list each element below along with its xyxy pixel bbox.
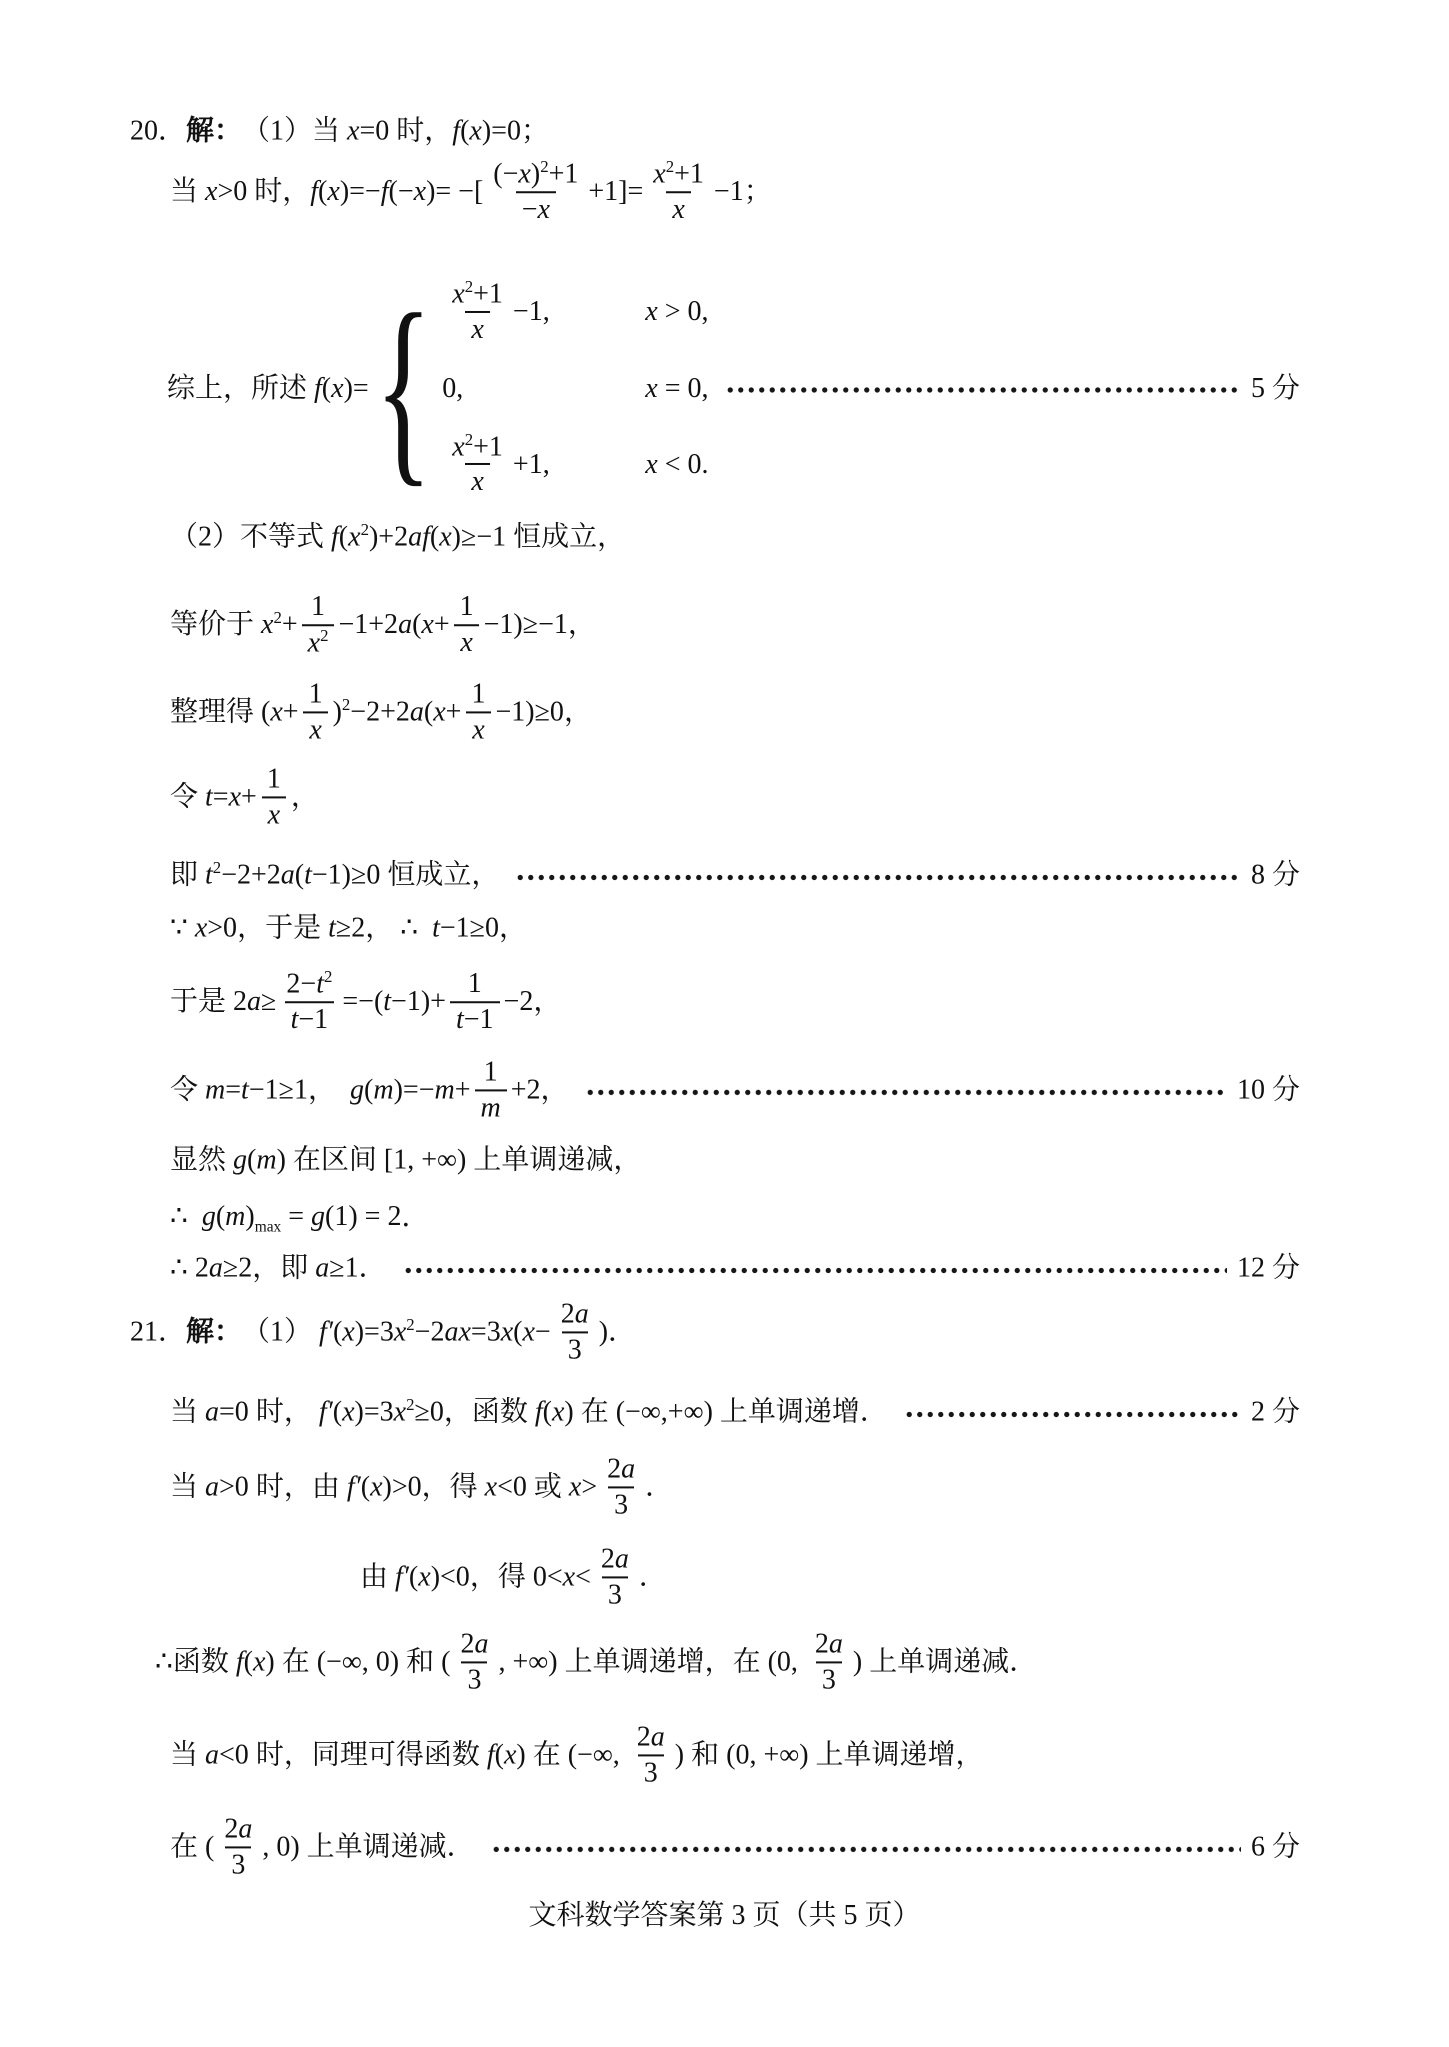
text-run: 显然 <box>170 1143 233 1178</box>
text-run: 当 <box>170 174 205 209</box>
math-run: +1, <box>513 447 550 482</box>
text-run: 由 <box>360 1560 395 1595</box>
fraction-numerator: 2a <box>809 1627 849 1661</box>
cases-row: x2+1x+1,x < 0. <box>442 430 708 500</box>
case-expression: x2+1x−1, <box>442 277 617 347</box>
fraction-denominator: t−1 <box>285 1001 335 1037</box>
score-label: 6 分 <box>1251 1830 1300 1865</box>
case-condition: x < 0. <box>645 447 708 482</box>
solution-line-17: 当 a>0 时，由 f′(x)>0，得 x<0 或 x>2a3． <box>170 1452 673 1521</box>
fraction: 2a3 <box>454 1627 494 1696</box>
math-run: ) <box>675 1738 684 1773</box>
solution-line-12: 显然 g(m) 在区间 [1, +∞) 上单调递减， <box>170 1143 641 1178</box>
solution-line-14: ∴ 2a≥2，即 a≥1．12 分 <box>170 1251 1300 1286</box>
fraction: 2a3 <box>595 1542 635 1611</box>
text-run: 在 <box>574 1395 616 1430</box>
text-run: 在区间 <box>286 1143 384 1178</box>
math-run: (0, +∞) <box>726 1738 808 1773</box>
math-run: t=x+ <box>205 780 257 815</box>
solution-line-3: 综上，所述 f(x)={x2+1x−1,x > 0,0,x = 0,x2+1x+… <box>167 277 1300 499</box>
solution-line-20: 当 a<0 时，同理可得函数 f(x) 在 (−∞, 2a3) 和 (0, +∞… <box>170 1720 984 1789</box>
text-run: 整理得 <box>170 695 261 730</box>
superscript: 2 <box>213 858 221 877</box>
fraction-numerator: x2+1 <box>446 430 509 464</box>
math-run: a<0 <box>205 1738 249 1773</box>
text-run: （2）不等式 <box>170 520 331 555</box>
fraction-numerator: 2a <box>595 1542 635 1576</box>
solution-line-19: ∴函数 f(x) 在 (−∞, 0) 和 (2a3, +∞) 上单调递增，在 (… <box>155 1627 1037 1696</box>
math-run: )2−2+2a(x+ <box>333 695 462 730</box>
text-run: 当 <box>170 1395 205 1430</box>
solution-line-5: 等价于 x2+1x2−1+2a(x+1x−1)≥−1， <box>170 590 596 660</box>
math-run: (−∞,+∞) <box>616 1395 713 1430</box>
fraction: 2a3 <box>601 1452 641 1521</box>
score-label: 8 分 <box>1251 858 1300 893</box>
fraction-numerator: 1 <box>478 1055 504 1089</box>
text-run: 上单调递减． <box>300 1830 475 1865</box>
math-run: f′(x)=3x2−2ax=3x(x− <box>319 1315 551 1350</box>
fraction-denominator: t−1 <box>450 1001 500 1037</box>
fraction-numerator: 1 <box>261 762 287 796</box>
math-run: ∴ 2a≥2 <box>170 1251 252 1286</box>
solution-line-9: ∵ x>0，于是 t≥2， ∴ t−1≥0， <box>170 911 527 946</box>
text-run: 等价于 <box>170 607 261 642</box>
math-run: f(x2)+2af(x)≥−1 <box>331 520 506 555</box>
fraction: 2a3 <box>809 1627 849 1696</box>
fraction-denominator: m <box>475 1089 507 1125</box>
piecewise-cases: {x2+1x−1,x > 0,0,x = 0,x2+1x+1,x < 0. <box>375 277 709 499</box>
math-run: f(x) <box>535 1395 574 1430</box>
math-run: ) <box>599 1315 608 1350</box>
solution-line-7: 令 t=x+1x， <box>170 762 319 831</box>
dotted-leader <box>904 1410 1241 1418</box>
fraction-numerator: 2−t2 <box>280 967 338 1001</box>
fraction-denominator: 3 <box>602 1576 628 1612</box>
math-run: x>0 <box>205 174 247 209</box>
math-run: x> <box>569 1470 597 1505</box>
math-run: +2 <box>511 1073 541 1108</box>
text-run: ， <box>499 911 527 946</box>
fraction-numerator: 2a <box>555 1297 595 1331</box>
fraction-denominator: 3 <box>816 1661 842 1697</box>
math-run: 0, <box>442 371 463 406</box>
text-run: ． <box>639 1560 667 1595</box>
score-label: 12 分 <box>1237 1251 1300 1286</box>
fraction-numerator: 2a <box>454 1627 494 1661</box>
text-run: 和 <box>399 1645 441 1680</box>
text-run: ， <box>308 1073 350 1108</box>
fraction-denominator: x <box>303 711 327 747</box>
superscript: 2 <box>406 1395 414 1414</box>
math-run: −1 <box>714 174 744 209</box>
text-run: 上单调递增， <box>809 1738 984 1773</box>
text-run: ， <box>533 984 561 1019</box>
text-run: 上单调递减， <box>466 1143 641 1178</box>
text-run: ，于是 <box>237 911 328 946</box>
math-run: m=t−1≥1 <box>205 1073 308 1108</box>
case-condition: x = 0, <box>645 371 708 406</box>
text-run: ， <box>564 695 592 730</box>
fraction-denominator: 3 <box>562 1331 588 1367</box>
solution-line-4: （2）不等式 f(x2)+2af(x)≥−1 恒成立， <box>170 520 625 555</box>
math-run: ( <box>205 1830 214 1865</box>
fraction-denominator: 3 <box>225 1846 251 1882</box>
math-run: −1)≥0 <box>495 695 563 730</box>
text-run: ，即 <box>252 1251 315 1286</box>
math-run: ∵ x>0 <box>170 911 237 946</box>
cases-row: 0,x = 0, <box>442 371 708 406</box>
math-run: −1, <box>513 294 550 329</box>
solution-line-11: 令 m=t−1≥1， g(m)=−m+1m+2，10 分 <box>170 1055 1300 1124</box>
dotted-leader <box>491 1845 1241 1853</box>
fraction-numerator: 2a <box>601 1452 641 1486</box>
text-run: ． <box>401 1201 429 1236</box>
text-run: 令 <box>170 1073 205 1108</box>
math-run: ∴ g(m)max = g(1) = 2 <box>170 1199 401 1237</box>
score-label: 2 分 <box>1251 1395 1300 1430</box>
superscript: 2 <box>342 695 350 714</box>
math-run: f(x)= <box>314 371 369 406</box>
text-run: 时， <box>247 174 310 209</box>
cases-row: x2+1x−1,x > 0, <box>442 277 708 347</box>
fraction: 2a3 <box>218 1812 258 1881</box>
superscript: 2 <box>540 157 548 176</box>
fraction: (−x)2+1−x <box>487 157 584 227</box>
fraction-numerator: (−x)2+1 <box>487 157 584 191</box>
math-run: −2 <box>504 984 534 1019</box>
text-run: 综上，所述 <box>167 371 314 406</box>
text-run: 即 <box>170 858 205 893</box>
math-run: (−∞, 0) <box>317 1645 399 1680</box>
left-brace-icon: { <box>375 283 433 493</box>
text-run: ，函数 <box>444 1395 535 1430</box>
math-run: 2a≥ <box>233 984 276 1019</box>
math-run: +1]= <box>588 174 643 209</box>
math-run: f(x) <box>236 1645 275 1680</box>
text-run: 解： <box>186 114 242 149</box>
math-run: x=0 <box>347 114 389 149</box>
text-run: （1） <box>242 1315 319 1350</box>
math-run: x<0 <box>485 1470 527 1505</box>
math-run: f(x) <box>487 1738 526 1773</box>
fraction-numerator: x2+1 <box>446 277 509 311</box>
math-run: x2+ <box>261 607 298 642</box>
math-run: f(x)=−f(−x)= −[ <box>310 174 483 209</box>
math-run: , 0) <box>262 1830 299 1865</box>
text-run: （1）当 <box>242 114 347 149</box>
text-run: ． <box>645 1470 673 1505</box>
text-run: 在 <box>526 1738 568 1773</box>
math-run: , +∞) <box>498 1645 557 1680</box>
fraction: 2−t2t−1 <box>280 967 338 1037</box>
fraction-denominator: x <box>465 463 489 499</box>
math-run: f′(x)>0 <box>347 1470 422 1505</box>
text-run: ． <box>608 1315 636 1350</box>
fraction-denominator: x <box>454 624 478 660</box>
fraction-numerator: 1 <box>462 967 488 1001</box>
fraction-denominator: x <box>465 311 489 347</box>
text-run: 当 <box>170 1738 205 1773</box>
answer-sheet-page: 20．解：（1）当 x=0 时，f(x)=0；当 x>0 时，f(x)=−f(−… <box>0 0 1449 2047</box>
text-run: 在 <box>275 1645 317 1680</box>
math-run: (−∞, <box>568 1738 627 1773</box>
math-run: t2−2+2a(t−1)≥0 <box>205 858 380 893</box>
text-run: 时，同理可得函数 <box>249 1738 487 1773</box>
text-run: ，得 <box>422 1470 485 1505</box>
text-run: ， <box>365 911 400 946</box>
case-condition: x > 0, <box>645 294 708 329</box>
fraction: 1t−1 <box>450 967 500 1036</box>
fraction-denominator: x <box>466 711 490 747</box>
text-run: 上单调递增，在 <box>558 1645 768 1680</box>
text-run: ， <box>291 780 319 815</box>
text-run: 当 <box>170 1470 205 1505</box>
fraction-denominator: x <box>666 191 690 227</box>
math-run: x > 0, <box>645 294 708 329</box>
math-run: ∴ t−1≥0 <box>400 911 499 946</box>
subscript: max <box>255 1219 282 1236</box>
fraction: x2+1x <box>446 277 509 347</box>
text-run: ． <box>359 1251 387 1286</box>
math-run: a=0 <box>205 1395 249 1430</box>
solution-line-6: 整理得 (x+1x)2−2+2a(x+1x−1)≥0， <box>170 677 592 746</box>
fraction-numerator: 2a <box>631 1720 671 1754</box>
text-run: ，得 <box>470 1560 533 1595</box>
superscript: 2 <box>273 608 281 627</box>
fraction-numerator: 1 <box>303 677 329 711</box>
text-run: 上单调递增． <box>713 1395 888 1430</box>
text-run: 解： <box>186 1315 242 1350</box>
math-run: g(m)=−m+ <box>350 1073 471 1108</box>
dotted-leader <box>725 386 1241 394</box>
text-run: 时， <box>389 114 452 149</box>
fraction-numerator: x2+1 <box>647 157 710 191</box>
text-run: ； <box>521 114 549 149</box>
math-run: ( <box>441 1645 450 1680</box>
math-run: f′(x)=3x2≥0 <box>319 1395 444 1430</box>
solution-line-15: 21．解：（1） f′(x)=3x2−2ax=3x(x−2a3)． <box>130 1297 636 1366</box>
fraction: 1x2 <box>302 590 335 660</box>
math-run: ) <box>853 1645 862 1680</box>
math-run: 0<x< <box>533 1560 591 1595</box>
text-run: 上单调递减． <box>862 1645 1037 1680</box>
math-run: x < 0. <box>645 447 708 482</box>
text-run: ， <box>541 1073 569 1108</box>
solution-line-8: 即 t2−2+2a(t−1)≥0 恒成立，8 分 <box>170 858 1300 893</box>
math-run: t≥2 <box>328 911 365 946</box>
math-run: g(m) <box>233 1143 286 1178</box>
math-run: (x+ <box>261 695 299 730</box>
text-run: 在 <box>170 1830 205 1865</box>
math-run: f′(x)<0 <box>395 1560 470 1595</box>
text-run: 恒成立， <box>506 520 625 555</box>
superscript: 2 <box>465 430 473 449</box>
solution-line-13: ∴ g(m)max = g(1) = 2． <box>170 1199 429 1237</box>
math-run: (0, <box>768 1645 805 1680</box>
fraction-denominator: −x <box>516 191 556 227</box>
text-run: 令 <box>170 780 205 815</box>
fraction: 2a3 <box>631 1720 671 1789</box>
page-footer: 文科数学答案第 3 页（共 5 页） <box>0 1893 1449 1933</box>
superscript: 2 <box>324 967 332 986</box>
fraction-numerator: 1 <box>305 590 331 624</box>
text-run: ， <box>568 607 596 642</box>
cases-rows: x2+1x−1,x > 0,0,x = 0,x2+1x+1,x < 0. <box>442 277 708 499</box>
math-run: ∴ <box>155 1645 173 1680</box>
text-run: 20． <box>130 114 186 149</box>
fraction-numerator: 2a <box>218 1812 258 1846</box>
solution-line-18: 由 f′(x)<0，得 0<x<2a3． <box>360 1542 667 1611</box>
superscript: 2 <box>320 626 328 645</box>
text-run: 于是 <box>170 984 233 1019</box>
fraction-denominator: x2 <box>302 624 335 660</box>
fraction-numerator: 1 <box>465 677 491 711</box>
score-label: 10 分 <box>1237 1073 1300 1108</box>
fraction-numerator: 1 <box>454 590 480 624</box>
math-run: a>0 <box>205 1470 249 1505</box>
text-run: 恒成立， <box>380 858 499 893</box>
score-label: 5 分 <box>1251 371 1300 406</box>
solution-line-1: 20．解：（1）当 x=0 时，f(x)=0； <box>130 114 549 149</box>
dotted-leader <box>585 1088 1227 1096</box>
fraction: 1m <box>475 1055 507 1124</box>
math-run: a≥1 <box>315 1251 358 1286</box>
superscript: 2 <box>465 277 473 296</box>
math-run: −1)≥−1 <box>484 607 568 642</box>
fraction: 1x <box>303 677 329 746</box>
fraction-denominator: 3 <box>461 1661 487 1697</box>
superscript: 2 <box>666 157 674 176</box>
solution-line-21: 在 (2a3, 0) 上单调递减．6 分 <box>170 1812 1300 1881</box>
fraction-denominator: x <box>262 796 286 832</box>
case-expression: 0, <box>442 371 617 406</box>
solution-line-2: 当 x>0 时，f(x)=−f(−x)= −[(−x)2+1−x+1]=x2+1… <box>170 157 772 227</box>
text-run: 时， <box>249 1395 319 1430</box>
fraction-denominator: 3 <box>638 1754 664 1790</box>
text-run: ； <box>744 174 772 209</box>
text-run: 21． <box>130 1315 186 1350</box>
fraction: 2a3 <box>555 1297 595 1366</box>
text-run: 函数 <box>173 1645 236 1680</box>
solution-line-10: 于是 2a≥2−t2t−1=−(t−1)+1t−1−2， <box>170 967 561 1037</box>
math-run: x = 0, <box>645 371 708 406</box>
fraction: x2+1x <box>446 430 509 500</box>
text-run: 和 <box>684 1738 726 1773</box>
fraction-denominator: 3 <box>608 1486 634 1522</box>
superscript: 2 <box>406 1315 414 1334</box>
text-run: 或 <box>527 1470 569 1505</box>
fraction: 1x <box>261 762 287 831</box>
dotted-leader <box>403 1266 1227 1274</box>
fraction: 1x <box>465 677 491 746</box>
text-run: 时，由 <box>249 1470 347 1505</box>
solution-line-16: 当 a=0 时， f′(x)=3x2≥0，函数 f(x) 在 (−∞,+∞) 上… <box>170 1395 1300 1430</box>
fraction: 1x <box>454 590 480 659</box>
fraction: x2+1x <box>647 157 710 227</box>
math-run: [1, +∞) <box>384 1143 466 1178</box>
math-run: −1+2a(x+ <box>338 607 449 642</box>
dotted-leader <box>515 873 1241 881</box>
case-expression: x2+1x+1, <box>442 430 617 500</box>
superscript: 2 <box>361 520 369 539</box>
math-run: f(x)=0 <box>452 114 521 149</box>
math-run: =−(t−1)+ <box>342 984 446 1019</box>
